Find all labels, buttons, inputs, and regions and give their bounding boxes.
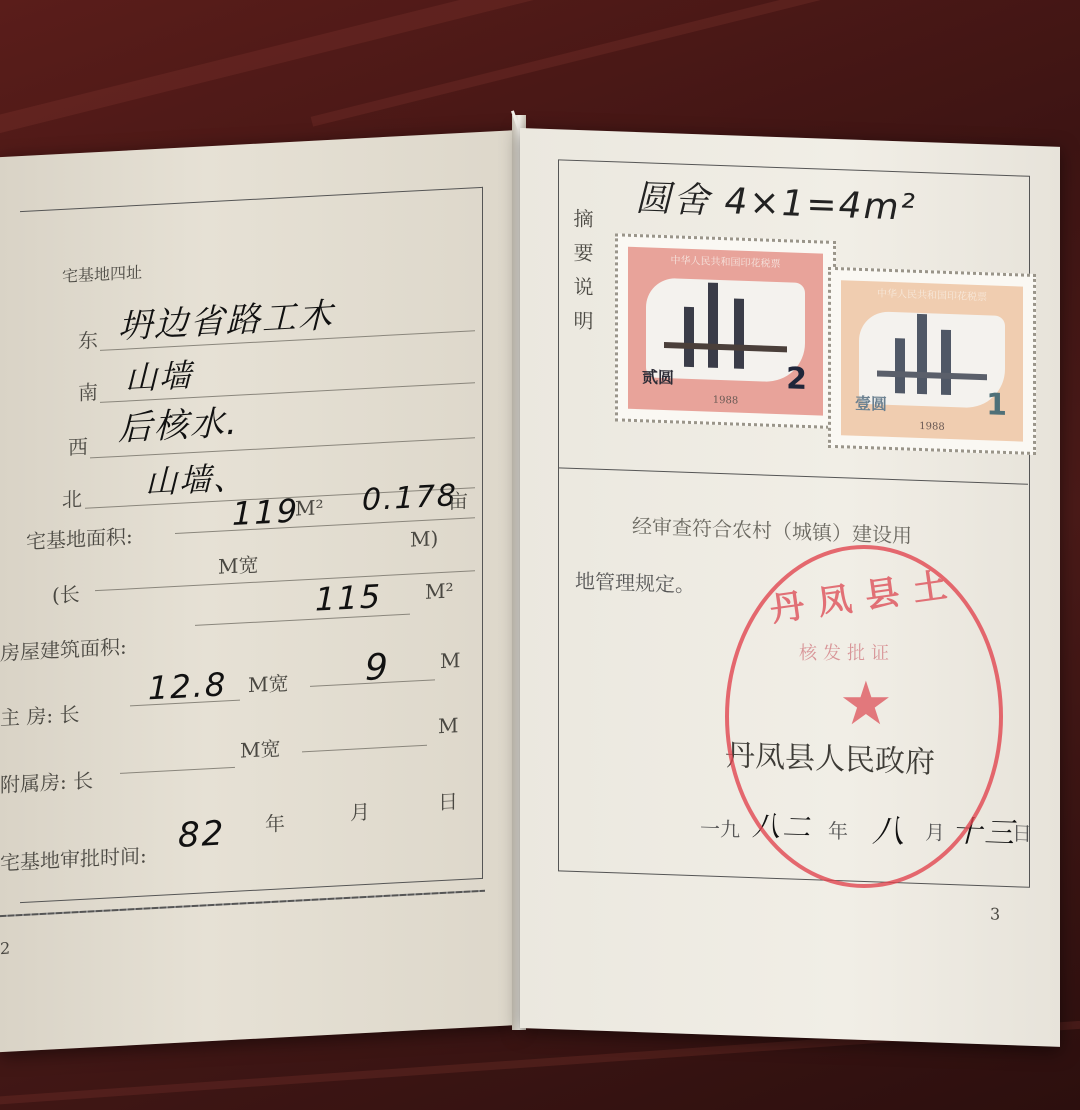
rig-tower: [941, 330, 951, 395]
main-house-length-unit: M宽: [248, 667, 288, 698]
summary-side-label: 摘要说明: [568, 208, 597, 345]
approval-text-line2: 地管理规定。: [575, 565, 695, 598]
stamp-body: 中华人民共和国印花税票 贰圆 2 1988: [628, 247, 823, 416]
boundary-east-label: 东: [78, 324, 98, 354]
main-house-width-unit: M: [440, 648, 460, 673]
site-area-mu-unit: 亩: [448, 485, 468, 515]
site-area-mu-value: 0.178: [362, 478, 458, 518]
left-page: 宅基地四址 东 坍边省路工木 南 山墙 西 后核水. 北 山墙、 宅基地面积: …: [0, 130, 518, 1052]
rig-tower: [708, 283, 718, 368]
seal-middle-text: 核发批证: [799, 639, 895, 665]
site-area-unit: M²: [295, 495, 324, 520]
site-dims-open: (长: [52, 578, 80, 608]
summary-note: 圆舍 4×1=4m²: [635, 170, 917, 231]
boundary-west-label: 西: [68, 431, 88, 461]
section-title: 宅基地四址: [62, 260, 142, 287]
rig-tower: [917, 314, 927, 394]
rig-tower: [895, 338, 905, 393]
approval-time-year: 82: [178, 813, 225, 855]
building-area-unit: M²: [425, 578, 454, 603]
seal-top-text: 丹凤县土: [767, 556, 964, 631]
revenue-stamp-1-yuan: 中华人民共和国印花税票 壹圆 1 1988: [828, 267, 1036, 455]
stamp-header: 中华人民共和国印花税票: [628, 247, 823, 280]
boundary-west-value: 后核水.: [118, 395, 239, 450]
annex-house-length-unit: M宽: [240, 732, 280, 763]
stamp-header: 中华人民共和国印花税票: [841, 280, 1023, 312]
rig-deck: [664, 342, 787, 352]
site-dims-length-unit: M宽: [218, 549, 258, 580]
annex-house-label: 附属房: 长: [0, 764, 93, 798]
approval-time-year-unit: 年: [265, 807, 285, 837]
date-prefix: 一九: [700, 812, 740, 842]
approval-time-month-unit: 月: [350, 796, 370, 826]
page-number: 2: [0, 939, 10, 959]
stamp-body: 中华人民共和国印花税票 壹圆 1 1988: [841, 280, 1023, 441]
stamp-denomination: 1: [986, 387, 1007, 423]
rig-deck: [877, 370, 987, 380]
stamp-denomination-cn: 壹圆: [855, 391, 887, 415]
boundary-south-label: 南: [78, 376, 98, 406]
seal-star-icon: ★: [839, 669, 893, 739]
building-area-value: 115: [315, 577, 382, 619]
revenue-stamp-2-yuan: 中华人民共和国印花税票 贰圆 2 1988: [615, 233, 836, 429]
boundary-south-value: 山墙: [125, 350, 193, 400]
site-dims-width-unit: M): [410, 526, 438, 551]
stamp-denomination: 2: [786, 361, 807, 397]
page-number: 3: [990, 904, 1000, 923]
date-day-unit: 日: [1012, 817, 1032, 847]
site-area-label: 宅基地面积:: [26, 520, 133, 555]
annex-house-width-unit: M: [438, 713, 458, 738]
main-house-label: 主 房: 长: [0, 698, 79, 731]
approval-time-day-unit: 日: [438, 785, 458, 815]
stamp-denomination-cn: 贰圆: [642, 364, 674, 388]
rig-tower: [734, 298, 744, 368]
boundary-north-label: 北: [62, 483, 82, 513]
official-red-seal: 丹凤县土 核发批证 ★: [725, 545, 1003, 888]
rig-tower: [684, 307, 694, 367]
